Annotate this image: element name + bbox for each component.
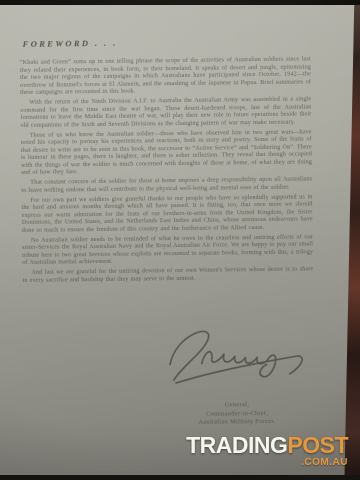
- foreword-heading: FOREWORD . . .: [23, 38, 118, 49]
- photo-edge-top: [0, 0, 360, 5]
- handwritten-signature: [126, 306, 323, 406]
- watermark-domain: .COM.AU: [186, 458, 348, 468]
- watermark-trading: TRADING: [186, 432, 287, 458]
- foreword-paragraph: And last we are grateful for the untirin…: [22, 266, 313, 285]
- foreword-paragraph: Those of us who know the Australian sold…: [21, 129, 313, 178]
- foreword-paragraph: With the return of the Ninth Division A.…: [20, 96, 311, 130]
- foreword-paragraph: For our own part we soldiers give gratef…: [21, 194, 312, 235]
- photo-edge-bottom: [0, 475, 360, 480]
- watermark-post: POST: [287, 432, 348, 458]
- signature-block: General, Commander-in-Chief, Australian …: [152, 400, 322, 428]
- foreword-paragraph: That constant concern of the soldier for…: [21, 176, 312, 195]
- foreword-paragraph: No Australian soldier needs to be remind…: [22, 234, 313, 268]
- signature-org: Australian Military Forces.: [152, 417, 322, 428]
- photo-frame: FOREWORD . . . “Khaki and Green” sums up…: [0, 0, 360, 480]
- foreword-paragraph: “Khaki and Green” sums up in one telling…: [20, 56, 311, 97]
- tradingpost-watermark: TRADINGPOST .COM.AU: [186, 434, 348, 468]
- watermark-wordmark: TRADINGPOST: [186, 434, 348, 457]
- page-content: FOREWORD . . . “Khaki and Green” sums up…: [0, 2, 360, 478]
- book-page: FOREWORD . . . “Khaki and Green” sums up…: [0, 4, 360, 476]
- foreword-body: “Khaki and Green” sums up in one telling…: [20, 56, 314, 287]
